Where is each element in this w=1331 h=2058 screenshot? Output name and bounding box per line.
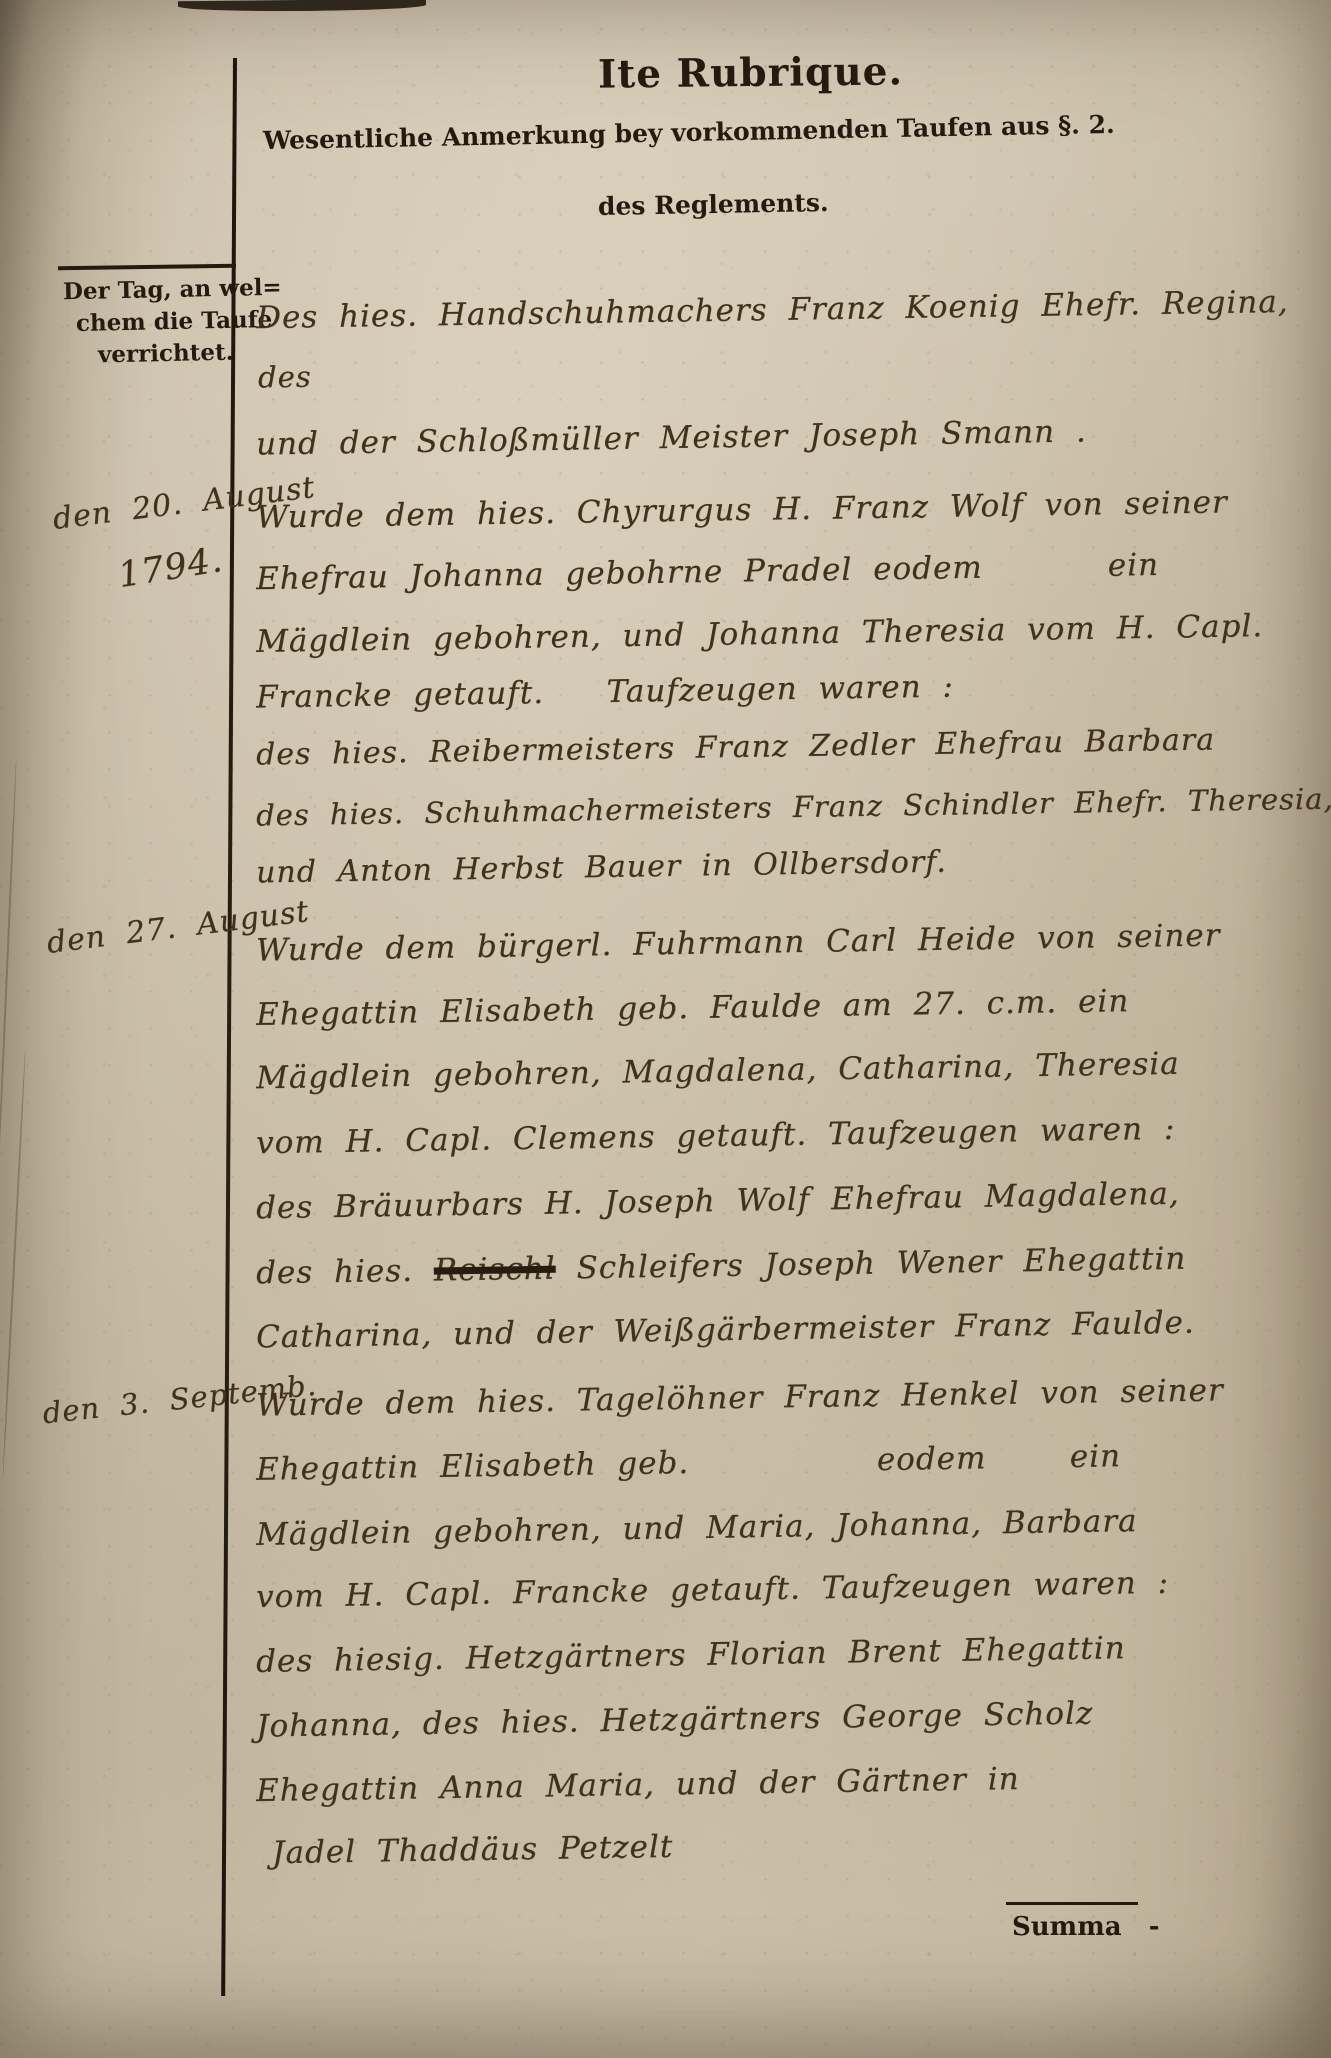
- record-line: Mägdlein gebohren, und Johanna Theresia …: [256, 608, 1264, 660]
- record-line: des hiesig. Hetzgärtners Florian Brent E…: [256, 1630, 1126, 1680]
- date-column-header-line1: Der Tag, an wel=: [63, 274, 282, 306]
- record-line: Ehegattin Anna Maria, und der Gärtner in: [256, 1761, 1020, 1809]
- page-subtitle: Wesentliche Anmerkung bey vorkommenden T…: [263, 110, 1115, 155]
- summa-rule: [1006, 1902, 1138, 1905]
- record-line: vom H. Capl. Clemens getauft. Taufzeugen…: [256, 1111, 1176, 1161]
- scan-smudge: [178, 0, 426, 12]
- record-line: Ehegattin Elisabeth geb. Faulde am 27. c…: [256, 983, 1130, 1033]
- page-title: Ite Rubrique.: [598, 48, 904, 97]
- record-line: Mägdlein gebohren, und Maria, Johanna, B…: [256, 1503, 1138, 1553]
- record-line: und Anton Herbst Bauer in Ollbersdorf.: [256, 845, 947, 891]
- record-line: Ehegattin Elisabeth geb. eodem ein: [256, 1438, 1122, 1488]
- record-line-struck: des hies. Reischl Schleifers Joseph Wene…: [256, 1241, 1187, 1292]
- record-line: Wurde dem hies. Tagelöhner Franz Henkel …: [256, 1372, 1224, 1423]
- struck-line-pre: des hies.: [256, 1253, 434, 1292]
- record-line: Catharina, und der Weißgärbermeister Fra…: [256, 1305, 1195, 1356]
- record-line: Mägdlein gebohren, Magdalena, Catharina,…: [256, 1046, 1180, 1097]
- record-line: des hies. Reibermeisters Franz Zedler Eh…: [256, 722, 1215, 772]
- summa-label: Summa -: [1012, 1912, 1160, 1942]
- date-column-header-rule: [58, 264, 236, 270]
- page-subtitle-line2: des Reglements.: [598, 188, 829, 221]
- record-line: und der Schloßmüller Meister Joseph Sman…: [256, 413, 1087, 462]
- record-line: Des hies. Handschuhmachers Franz Koenig …: [256, 284, 1289, 336]
- record-line: Johanna, des hies. Hetzgärtners George S…: [256, 1695, 1094, 1744]
- record-line: des Bräuurbars H. Joseph Wolf Ehefrau Ma…: [256, 1176, 1180, 1227]
- register-page: Ite Rubrique. Wesentliche Anmerkung bey …: [0, 0, 1331, 2058]
- record-line: Jadel Thaddäus Petzelt: [272, 1829, 674, 1871]
- record-line: vom H. Capl. Francke getauft. Taufzeugen…: [256, 1565, 1169, 1615]
- page-edge-line: [2, 1050, 27, 1480]
- struck-word: Reischl: [434, 1251, 556, 1289]
- entry-date-aug20-year: 1794.: [116, 540, 226, 596]
- record-line: Wurde dem bürgerl. Fuhrmann Carl Heide v…: [256, 917, 1221, 968]
- date-column-header-line2: chem die Taufe: [76, 306, 273, 337]
- struck-line-post: Schleifers Joseph Wener Ehegattin: [555, 1241, 1186, 1287]
- record-line: Ehefrau Johanna gebohrne Pradel eodem ei…: [256, 547, 1160, 597]
- date-column-header-line3: verrichtet.: [98, 339, 234, 369]
- record-line: des hies. Schuhmachermeisters Franz Schi…: [256, 782, 1331, 833]
- page-edge-line: [0, 760, 17, 1180]
- record-line: Francke getauft. Taufzeugen waren :: [256, 669, 954, 716]
- record-line: des: [258, 360, 312, 395]
- record-line: Wurde dem hies. Chyrurgus H. Franz Wolf …: [256, 484, 1228, 535]
